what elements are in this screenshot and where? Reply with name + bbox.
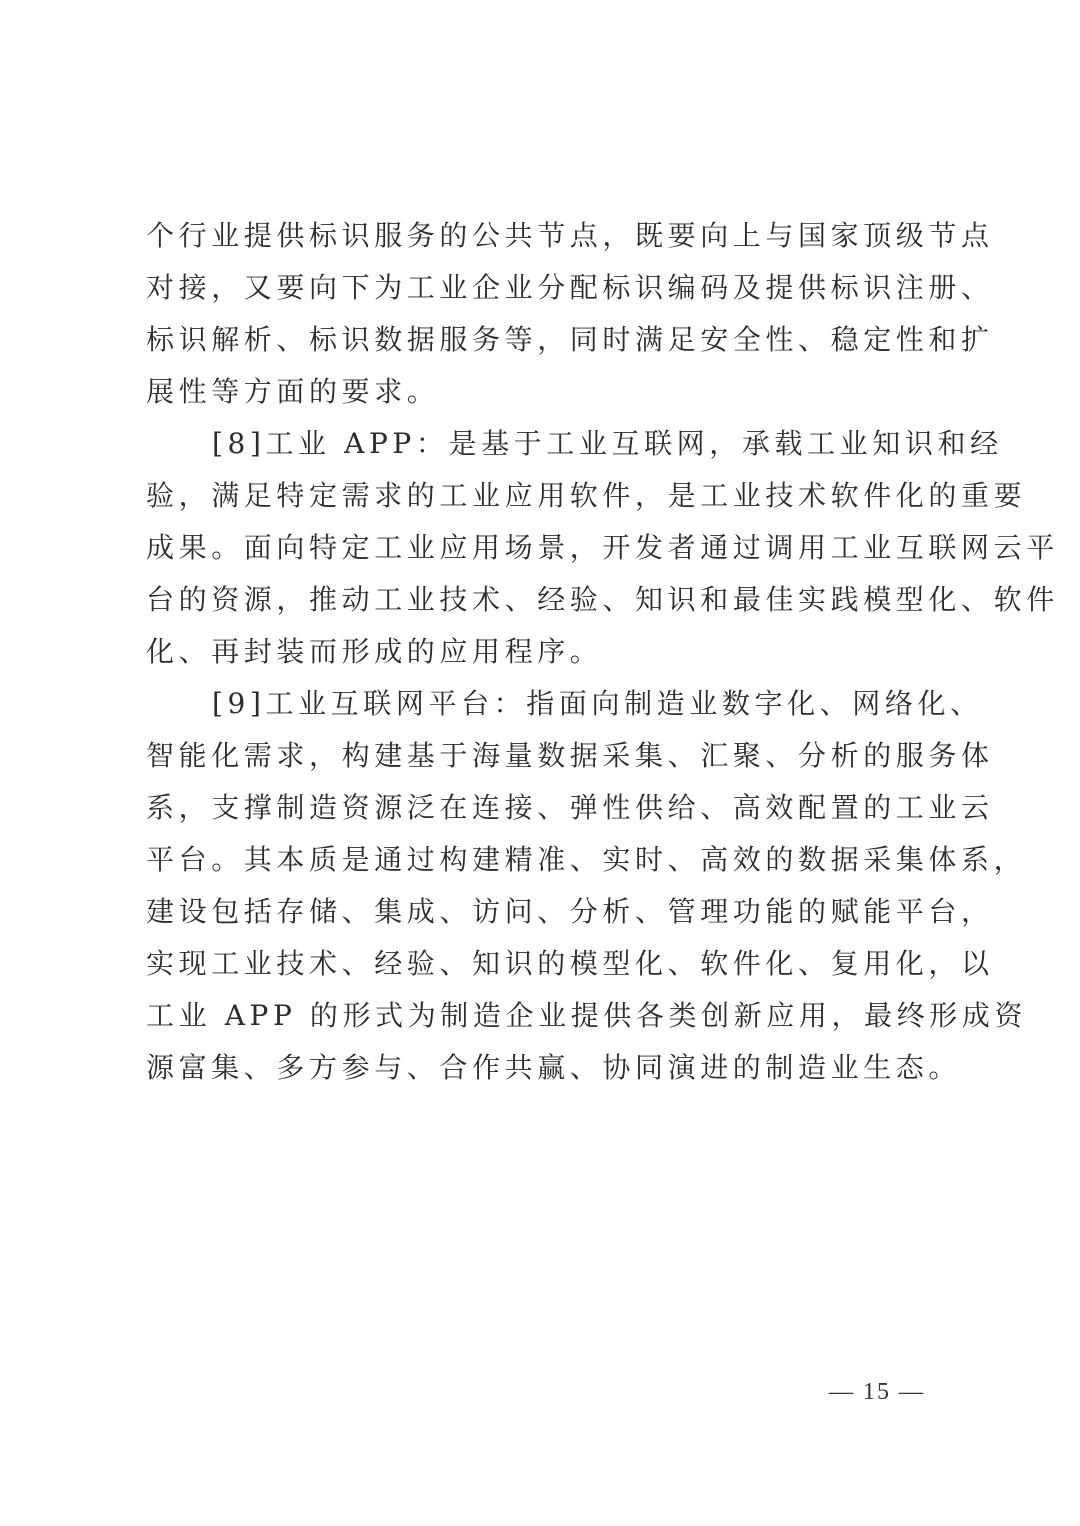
text-line: [9]工业互联网平台：指面向制造业数字化、网络化、 [146, 678, 946, 730]
text-line: 智能化需求，构建基于海量数据采集、汇聚、分析的服务体 [146, 730, 946, 782]
text-line: 台的资源，推动工业技术、经验、知识和最佳实践模型化、软件 [146, 574, 946, 626]
text-line: 工业 APP 的形式为制造企业提供各类创新应用，最终形成资 [146, 990, 946, 1042]
text-line: 个行业提供标识服务的公共节点，既要向上与国家顶级节点 [146, 210, 946, 262]
document-page: 个行业提供标识服务的公共节点，既要向上与国家顶级节点 对接，又要向下为工业企业分… [0, 0, 1080, 1526]
text-line: 实现工业技术、经验、知识的模型化、软件化、复用化，以 [146, 938, 946, 990]
text-line: 源富集、多方参与、合作共赢、协同演进的制造业生态。 [146, 1042, 946, 1094]
body-text: 个行业提供标识服务的公共节点，既要向上与国家顶级节点 对接，又要向下为工业企业分… [146, 210, 946, 1094]
text-line: 平台。其本质是通过构建精准、实时、高效的数据采集体系， [146, 834, 946, 886]
text-line: 成果。面向特定工业应用场景，开发者通过调用工业互联网云平 [146, 522, 946, 574]
paragraph-note-8: [8]工业 APP：是基于工业互联网，承载工业知识和经 验，满足特定需求的工业应… [146, 418, 946, 678]
text-line: 标识解析、标识数据服务等，同时满足安全性、稳定性和扩 [146, 314, 946, 366]
text-line: 展性等方面的要求。 [146, 366, 946, 418]
text-line: [8]工业 APP：是基于工业互联网，承载工业知识和经 [146, 418, 946, 470]
page-number: — 15 — [822, 1374, 932, 1410]
text-line: 建设包括存储、集成、访问、分析、管理功能的赋能平台， [146, 886, 946, 938]
paragraph-continuation: 个行业提供标识服务的公共节点，既要向上与国家顶级节点 对接，又要向下为工业企业分… [146, 210, 946, 418]
text-line: 化、再封装而形成的应用程序。 [146, 626, 946, 678]
paragraph-note-9: [9]工业互联网平台：指面向制造业数字化、网络化、 智能化需求，构建基于海量数据… [146, 678, 946, 1094]
text-line: 系，支撑制造资源泛在连接、弹性供给、高效配置的工业云 [146, 782, 946, 834]
text-line: 对接，又要向下为工业企业分配标识编码及提供标识注册、 [146, 262, 946, 314]
text-line: 验，满足特定需求的工业应用软件，是工业技术软件化的重要 [146, 470, 946, 522]
